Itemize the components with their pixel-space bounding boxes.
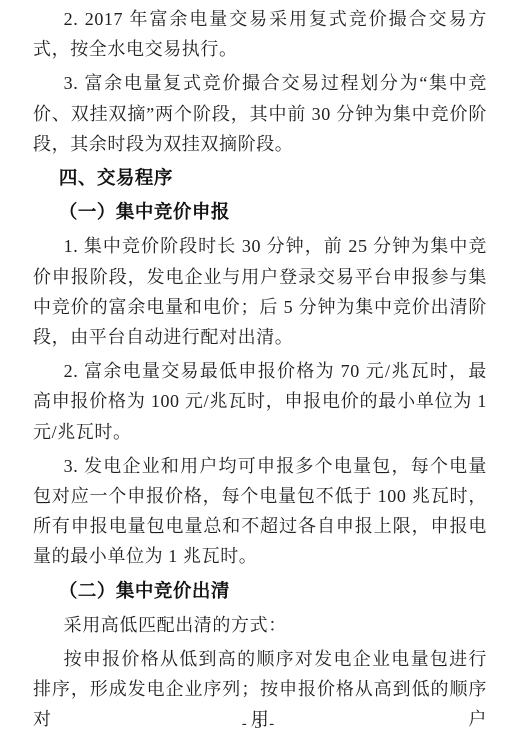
subsection-heading-centralized-bidding-declaration: （一）集中竞价申报 xyxy=(33,197,487,227)
subsection-heading-centralized-bidding-clearing: （二）集中竞价出清 xyxy=(33,576,487,606)
paragraph-bidding-duration: 1. 集中竞价阶段时长 30 分钟，前 25 分钟为集中竞价申报阶段，发电企业与… xyxy=(33,231,487,352)
section-heading-trading-procedure: 四、交易程序 xyxy=(33,163,487,193)
document-page: 2. 2017 年富余电量交易采用复式竞价撮合交易方式，按全水电交易执行。 3.… xyxy=(0,0,518,744)
paragraph-clearing-method: 采用高低匹配出清的方式： xyxy=(33,610,487,640)
paragraph-trading-phases: 3. 富余电量复式竞价撮合交易过程划分为“集中竞价、双挂双摘”两个阶段，其中前 … xyxy=(33,68,487,159)
paragraph-price-limits: 2. 富余电量交易最低申报价格为 70 元/兆瓦时，最高申报价格为 100 元/… xyxy=(33,356,487,447)
paragraph-surplus-trading-mode: 2. 2017 年富余电量交易采用复式竞价撮合交易方式，按全水电交易执行。 xyxy=(33,4,487,64)
paragraph-energy-packages: 3. 发电企业和用户均可申报多个电量包，每个电量包对应一个申报价格，每个电量包不… xyxy=(33,451,487,572)
page-number: - 3 - xyxy=(0,716,518,733)
